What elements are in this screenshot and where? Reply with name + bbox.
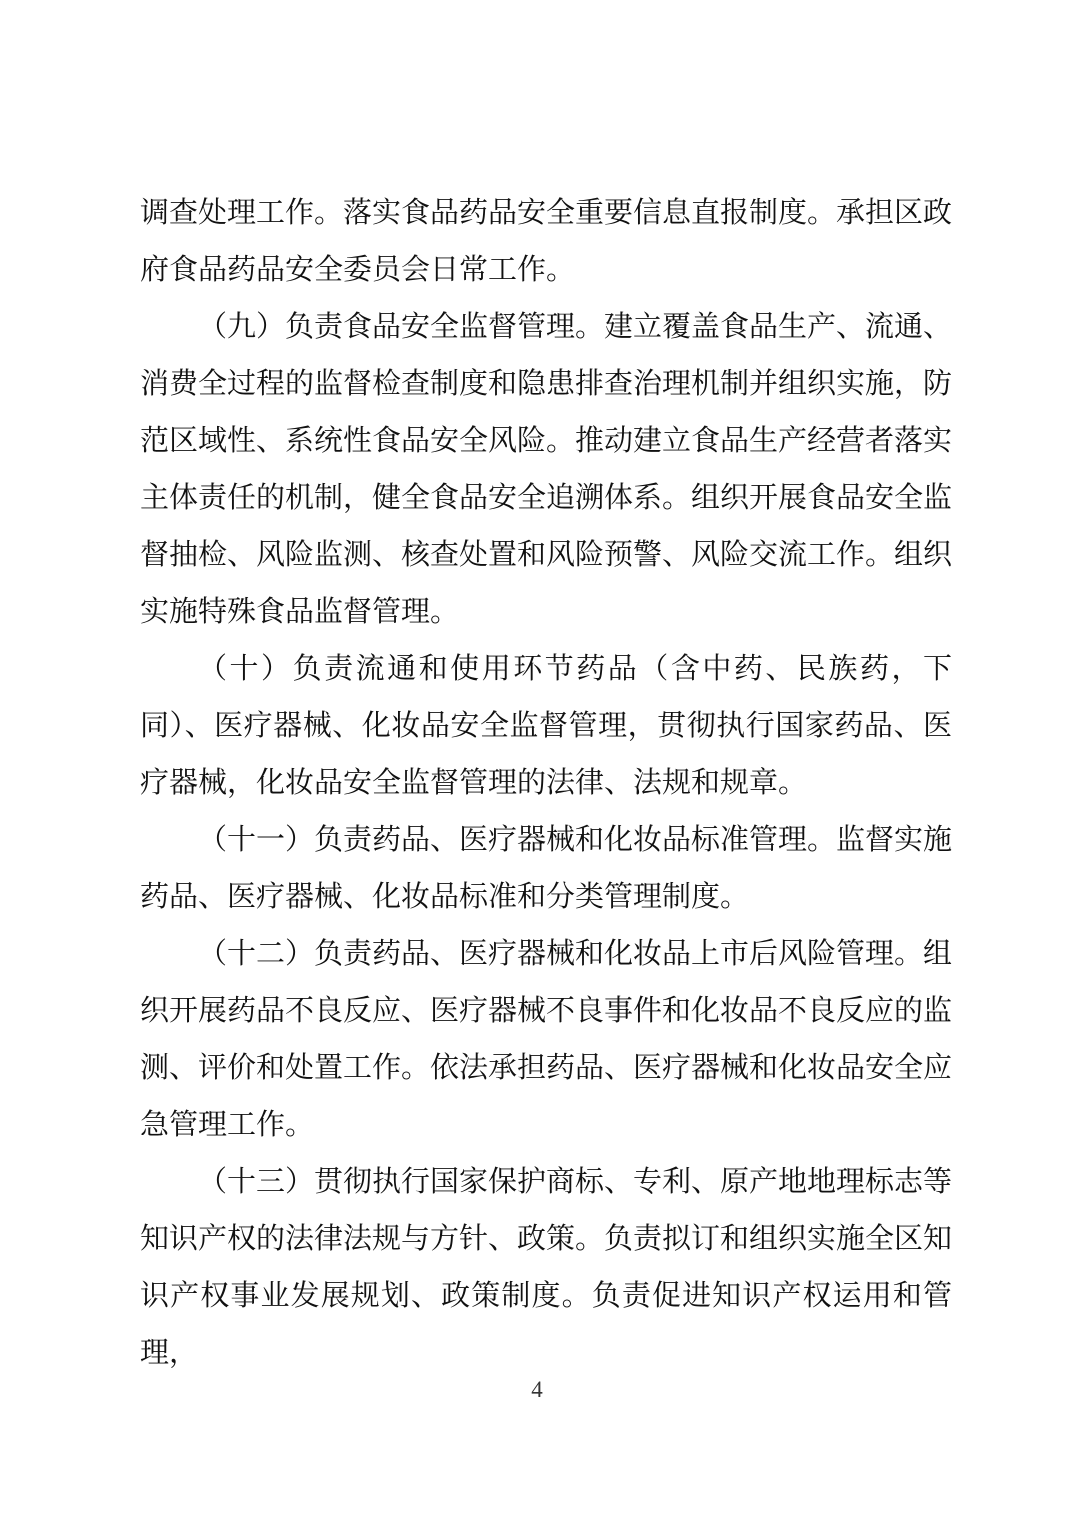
paragraph-item-13: （十三）贯彻执行国家保护商标、专利、原产地地理标志等知识产权的法律法规与方针、政… [140,1154,952,1382]
paragraph-item-11: （十一）负责药品、医疗器械和化妆品标准管理。监督实施药品、医疗器械、化妆品标准和… [140,812,952,926]
paragraph-item-12: （十二）负责药品、医疗器械和化妆品上市后风险管理。组织开展药品不良反应、医疗器械… [140,926,952,1154]
paragraph-continuation: 调查处理工作。落实食品药品安全重要信息直报制度。承担区政府食品药品安全委员会日常… [140,185,952,299]
paragraph-item-9: （九）负责食品安全监督管理。建立覆盖食品生产、流通、消费全过程的监督检查制度和隐… [140,299,952,641]
paragraph-item-10: （十）负责流通和使用环节药品（含中药、民族药，下同）、医疗器械、化妆品安全监督管… [140,641,952,812]
page-number: 4 [0,1376,1074,1404]
document-text-block: 调查处理工作。落实食品药品安全重要信息直报制度。承担区政府食品药品安全委员会日常… [140,185,952,1382]
document-page: 调查处理工作。落实食品药品安全重要信息直报制度。承担区政府食品药品安全委员会日常… [0,0,1074,1520]
